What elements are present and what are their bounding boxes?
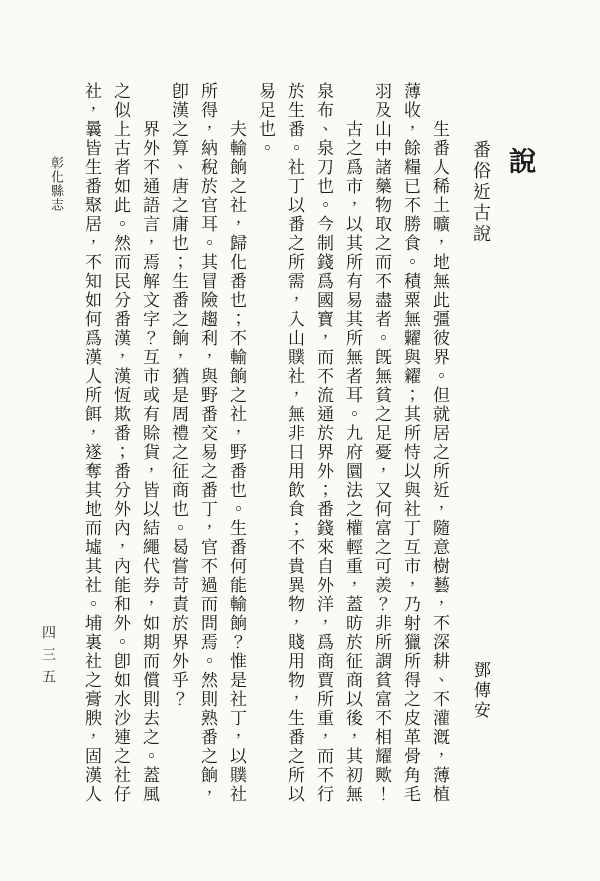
text-column: 界外不通語言，焉解文字？互市或有賒貨，皆以結繩代券，如期而償則去之。蓋風 <box>135 82 164 806</box>
running-title: 彰化縣志 <box>47 156 66 212</box>
text-column: 之似上古者如此。然而民分番漢，漢恆欺番；番分外內，內能和外。卽如水沙連之社仔 <box>106 82 135 806</box>
text-column: 易足也。 <box>251 82 280 806</box>
chapter-title: 說 <box>501 147 540 174</box>
page-number: 四三五 <box>37 625 57 691</box>
text-column: 羽及山中諸藥物取之而不盡者。旣無貧之足憂，又何富之可羨？非所謂貧富不相耀歟！ <box>367 82 396 806</box>
text-column: 社，曩皆生番聚居，不知如何爲漢人所餌，遂奪其地而墟其社。埔裏社之膏腴，固漢人 <box>77 82 106 806</box>
text-column: 所得，納稅於官耳。其冒險趨利，與野番交易之番丁，官不過而問焉。然則熟番之餉， <box>193 82 222 806</box>
article-heading-column: 番俗近古說 鄧傳安 <box>466 82 494 804</box>
text-column: 夫輸餉之社，歸化番也；不輸餉之社，野番也。生番何能輸餉？惟是社丁，以贌社 <box>222 82 251 806</box>
scanned-book-page: 說 番俗近古說 鄧傳安 生番人稀土曠，地無此彊彼界。但就居之所近，隨意樹藝，不深… <box>0 0 600 881</box>
text-column: 泉布、泉刀也。今制錢爲國寶，而不流通於界外；番錢來自外洋，爲商賈所重，而不行 <box>309 82 338 806</box>
article-author: 鄧傳安 <box>468 661 493 721</box>
text-column: 於生番。社丁以番之所需，入山贌社，無非日用飲食；不貴異物，賤用物，生番之所以 <box>280 82 309 806</box>
article-title: 番俗近古說 <box>468 140 494 245</box>
article-text-block: 生番人稀土曠，地無此彊彼界。但就居之所近，隨意樹藝，不深耕、不灌漑，薄植 薄收，… <box>77 82 454 806</box>
text-column: 薄收，餘糧已不勝食。積粟無糶與糴；其所恃以與社丁互市，乃射獵所得之皮革骨角毛 <box>396 82 425 806</box>
text-column: 生番人稀土曠，地無此彊彼界。但就居之所近，隨意樹藝，不深耕、不灌漑，薄植 <box>425 82 454 806</box>
text-column: 古之爲市，以其所有易其所無者耳。九府圜法之權輕重，蓋昉於征商以後，其初無 <box>338 82 367 806</box>
text-column: 卽漢之算、唐之庸也；生番之餉，猶是周禮之征商也。曷嘗苛責於界外乎？ <box>164 82 193 806</box>
